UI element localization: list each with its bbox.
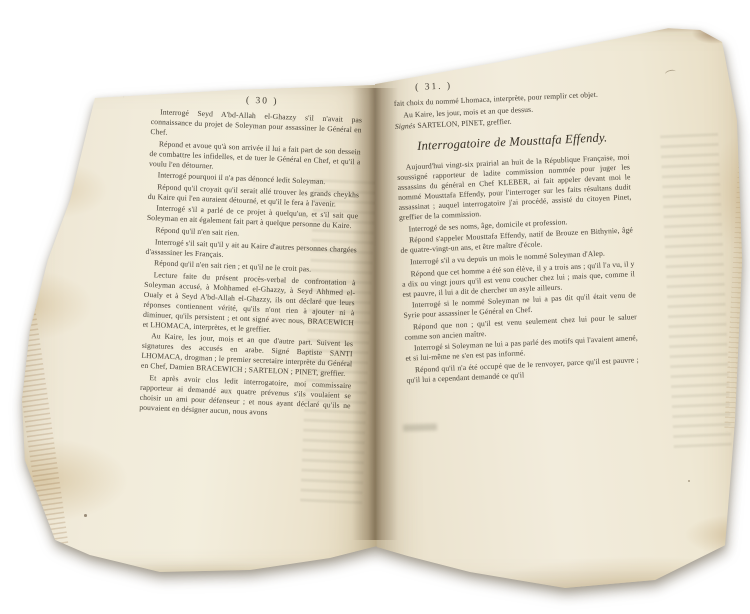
left-page: ( 30 ) Interrogé Seyd A'bd-Allah el-Ghaz…: [15, 80, 380, 580]
paragraph: Et après avoir clos ledit interrogatoire…: [139, 373, 351, 421]
paper-speck: [84, 514, 87, 517]
open-book: ( 30 ) Interrogé Seyd A'bd-Allah el-Ghaz…: [0, 0, 750, 614]
book-photo: ( 30 ) Interrogé Seyd A'bd-Allah el-Ghaz…: [0, 0, 750, 614]
pencil-mark: [664, 69, 676, 77]
paragraph: Aujourd'hui vingt-six prairial an huit d…: [397, 153, 632, 224]
bleedthrough-text-right: [660, 133, 732, 453]
left-page-text: ( 30 ) Interrogé Seyd A'bd-Allah el-Ghaz…: [139, 92, 363, 423]
page-stack-edge: [724, 132, 750, 432]
paragraph: Au Kaire, les jour, mois et an que d'aut…: [141, 331, 353, 379]
paragraph: Lecture faite du présent procès-verbal d…: [142, 270, 355, 338]
section-heading: Interrogatoire de Mousttafa Effendy.: [396, 130, 629, 155]
right-page: ( 31. ) fait choix du nommé Lhomaca, int…: [372, 22, 744, 592]
right-page-text: ( 31. ) fait choix du nommé Lhomaca, int…: [393, 73, 640, 387]
signature-prefix: Signés: [395, 121, 416, 131]
page-stack-edge: [0, 150, 69, 550]
pencil-mark: [123, 92, 139, 101]
paper-speck: [688, 480, 690, 482]
bleedthrough-smudge: [403, 423, 437, 431]
